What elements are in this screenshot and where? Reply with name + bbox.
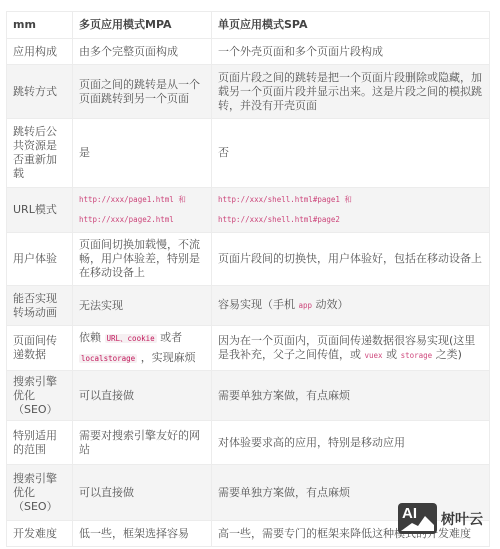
spa-cell: 页面片段间的切换快，用户体验好，包括在移动设备上 [212, 233, 490, 286]
row-label: 特别适用的范围 [7, 421, 73, 465]
mpa-url-1: http://xxx/page1.html 和 [79, 190, 205, 210]
table-row: URL模式 http://xxx/page1.html 和 http://xxx… [7, 188, 490, 233]
spa-cell: 容易实现（手机 app 动效） [212, 286, 490, 326]
row-label: 能否实现转场动画 [7, 286, 73, 326]
inline-code: URL、cookie [105, 334, 157, 343]
header-spa: 单页应用模式SPA [212, 12, 490, 39]
spa-cell: 需要单独方案做，有点麻烦 [212, 371, 490, 421]
spa-cell: 页面片段之间的跳转是把一个页面片段删除或隐藏，加载另一个页面片段并显示出来。这是… [212, 65, 490, 119]
header-mm: mm [7, 12, 73, 39]
spa-cell: 因为在一个页面内，页面间传递数据很容易实现(这里是我补充，父子之间传值，或 vu… [212, 326, 490, 371]
row-label: 跳转方式 [7, 65, 73, 119]
row-label: 搜索引擎优化（SEO） [7, 465, 73, 521]
mpa-cell: 无法实现 [73, 286, 212, 326]
table-row: 跳转后公共资源是否重新加载 是 否 [7, 119, 490, 188]
table-header-row: mm 多页应用模式MPA 单页应用模式SPA [7, 12, 490, 39]
spa-url-2: http://xxx/shell.html#page2 [218, 210, 483, 230]
mpa-text: 或者 [160, 331, 182, 344]
spa-cell: http://xxx/shell.html#page1 和 http://xxx… [212, 188, 490, 233]
mpa-cell: 需要对搜索引擎友好的网站 [73, 421, 212, 465]
spa-text: 或 [386, 348, 397, 361]
mpa-cell: 是 [73, 119, 212, 188]
row-label: 应用构成 [7, 39, 73, 65]
spa-text: 之类) [436, 348, 462, 361]
header-mpa: 多页应用模式MPA [73, 12, 212, 39]
table-row: 应用构成 由多个完整页面构成 一个外壳页面和多个页面片段构成 [7, 39, 490, 65]
watermark: AI 树叶云 [398, 503, 483, 534]
spa-url-1: http://xxx/shell.html#page1 和 [218, 190, 483, 210]
spa-cell: 对体验要求高的应用，特别是移动应用 [212, 421, 490, 465]
inline-code: app [299, 301, 313, 310]
table-row: 页面间传递数据 依赖 URL、cookie 或者 localstorage ，实… [7, 326, 490, 371]
mpa-spa-comparison-table: mm 多页应用模式MPA 单页应用模式SPA 应用构成 由多个完整页面构成 一个… [6, 11, 490, 547]
mpa-cell: http://xxx/page1.html 和 http://xxx/page2… [73, 188, 212, 233]
table-row: 特别适用的范围 需要对搜索引擎友好的网站 对体验要求高的应用，特别是移动应用 [7, 421, 490, 465]
table-row: 能否实现转场动画 无法实现 容易实现（手机 app 动效） [7, 286, 490, 326]
inline-code: localstorage [79, 354, 137, 363]
mpa-cell: 低一些，框架选择容易 [73, 521, 212, 547]
table-row: 跳转方式 页面之间的跳转是从一个页面跳转到另一个页面 页面片段之间的跳转是把一个… [7, 65, 490, 119]
row-label: 开发难度 [7, 521, 73, 547]
comparison-table-container: mm 多页应用模式MPA 单页应用模式SPA 应用构成 由多个完整页面构成 一个… [6, 11, 489, 547]
watermark-text: 树叶云 [441, 509, 483, 529]
spa-cell: 一个外壳页面和多个页面片段构成 [212, 39, 490, 65]
mpa-cell: 页面之间的跳转是从一个页面跳转到另一个页面 [73, 65, 212, 119]
inline-code: vuex [365, 351, 383, 360]
mountain-icon [398, 503, 437, 534]
mpa-cell: 依赖 URL、cookie 或者 localstorage ，实现麻烦 [73, 326, 212, 371]
ai-logo-icon: AI [398, 503, 437, 534]
mpa-cell: 由多个完整页面构成 [73, 39, 212, 65]
mpa-text: ，实现麻烦 [141, 351, 196, 364]
row-label: 跳转后公共资源是否重新加载 [7, 119, 73, 188]
mpa-cell: 页面间切换加载慢，不流畅，用户体验差，特别是在移动设备上 [73, 233, 212, 286]
table-row: 用户体验 页面间切换加载慢，不流畅，用户体验差，特别是在移动设备上 页面片段间的… [7, 233, 490, 286]
spa-cell: 否 [212, 119, 490, 188]
spa-text: 容易实现（手机 [218, 298, 295, 311]
row-label: 用户体验 [7, 233, 73, 286]
mpa-text: 依赖 [79, 331, 101, 344]
spa-text: 动效） [316, 298, 349, 311]
row-label: 页面间传递数据 [7, 326, 73, 371]
table-row: 搜索引擎优化（SEO） 可以直接做 需要单独方案做，有点麻烦 [7, 371, 490, 421]
row-label: 搜索引擎优化（SEO） [7, 371, 73, 421]
inline-code: storage [401, 351, 433, 360]
mpa-cell: 可以直接做 [73, 465, 212, 521]
mpa-cell: 可以直接做 [73, 371, 212, 421]
mpa-url-2: http://xxx/page2.html [79, 210, 205, 230]
row-label: URL模式 [7, 188, 73, 233]
